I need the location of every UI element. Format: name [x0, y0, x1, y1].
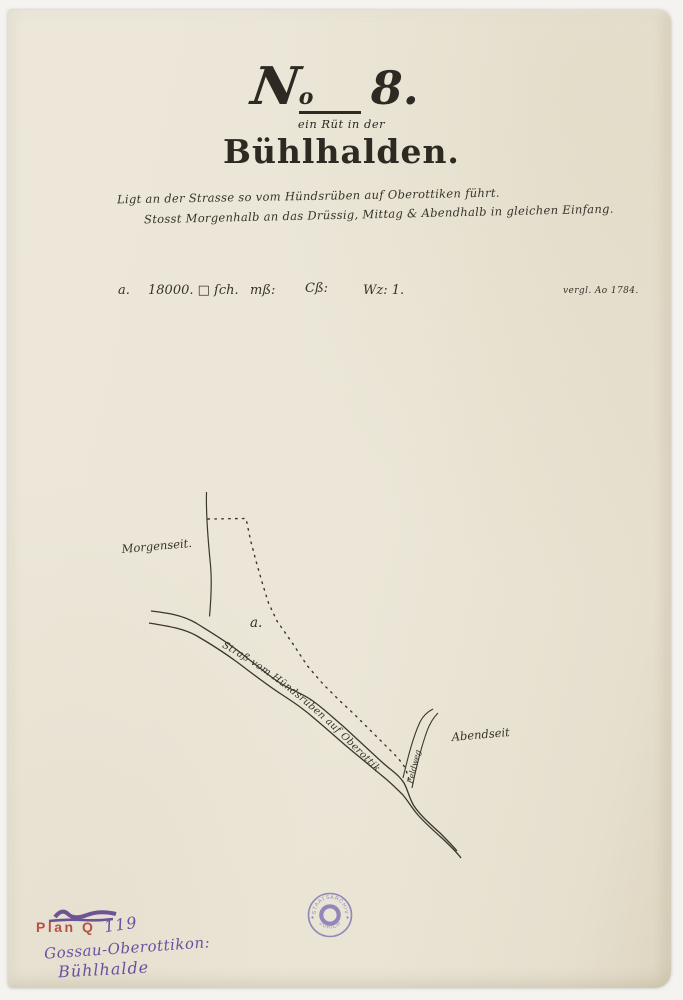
archive-round-stamp: STAATSARCHIV ZÜRICH — [309, 894, 352, 937]
scan-background: No8. ein Rüt in der Bühlhalden. Ligt an … — [0, 0, 683, 1000]
west-side-label: Abendseit — [450, 725, 511, 744]
parcel-letter-label: a. — [250, 615, 262, 631]
branch-lane-label: Feldweg — [405, 749, 422, 785]
east-side-label: Morgenseit. — [120, 536, 192, 556]
parcel-boundary-solid — [206, 492, 211, 617]
cadastral-map: Morgenseit. a. Abendseit Straß vom Hünds… — [0, 0, 683, 1000]
road-upper-edge — [151, 611, 457, 851]
road-lower-edge — [149, 623, 461, 858]
archive-stamp-right-dot — [346, 916, 348, 918]
archive-stamp-left-dot — [311, 916, 313, 918]
road-name-label: Straß vom Hündsrüben auf Oberottiken. — [0, 0, 382, 775]
archive-stamp-inner-ring — [321, 906, 338, 923]
plan-q-stamp: Plan Q — [36, 919, 95, 935]
